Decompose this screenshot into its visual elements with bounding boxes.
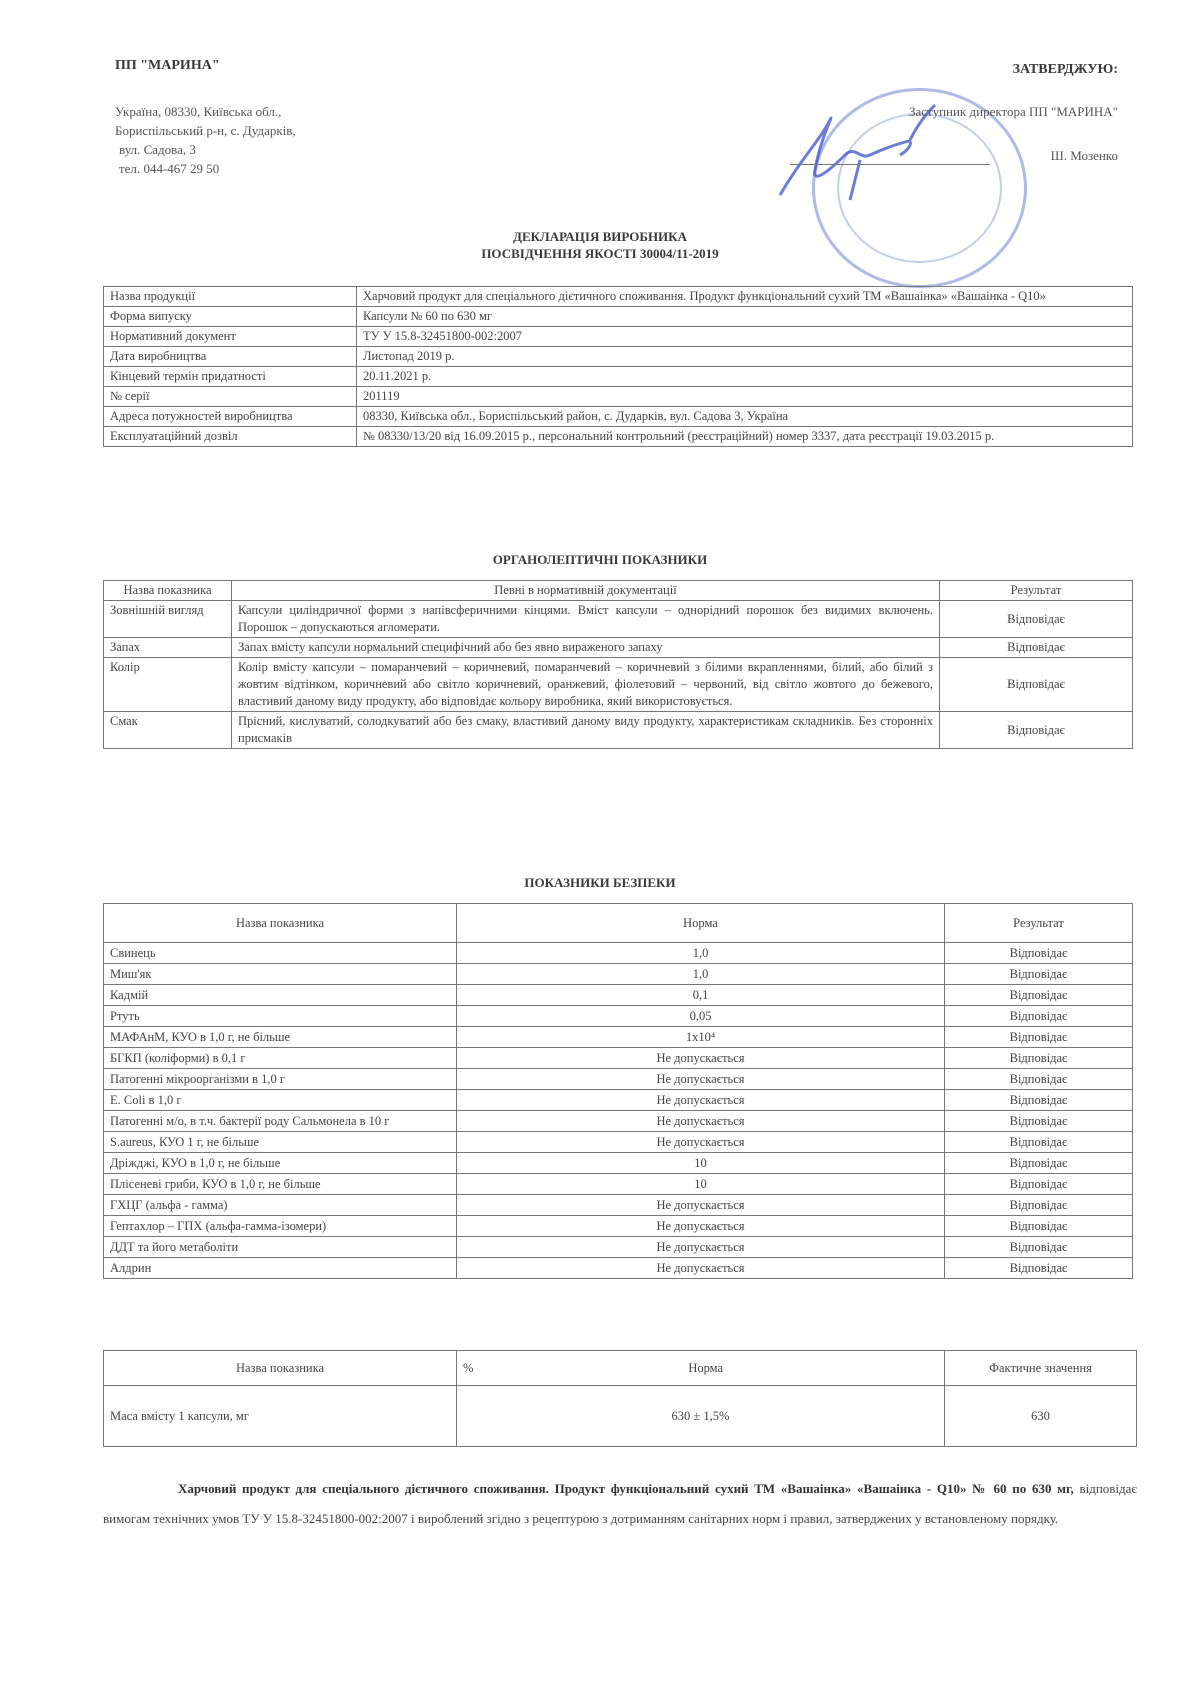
table-row: Кадмій0,1Відповідає [104,985,1133,1006]
company-address: Україна, 08330, Київська обл., Бориспіль… [115,102,296,178]
table-row: БГКП (коліформи) в 0,1 гНе допускаєтьсяВ… [104,1048,1133,1069]
title-line: ПОСВІДЧЕННЯ ЯКОСТІ 30004/11-2019 [0,245,1200,262]
table-row: Зовнішній виглядКапсули циліндричної фор… [104,601,1133,638]
indicator-result: Відповідає [945,1006,1133,1027]
table-row: Дата виробництваЛистопад 2019 р. [104,347,1133,367]
document-title: ДЕКЛАРАЦІЯ ВИРОБНИКА ПОСВІДЧЕННЯ ЯКОСТІ … [0,228,1200,262]
indicator-name: Колір [104,658,232,712]
indicator-name: Алдрин [104,1258,457,1279]
indicator-name: E. Coli в 1,0 г [104,1090,457,1111]
indicator-norm: Не допускається [457,1069,945,1090]
indicator-result: Відповідає [945,1048,1133,1069]
indicator-norm: 0,05 [457,1006,945,1027]
company-name: ПП "МАРИНА" [115,58,220,74]
title-line: ДЕКЛАРАЦІЯ ВИРОБНИКА [0,228,1200,245]
row-label: Назва продукції [104,287,357,307]
indicator-name: Кадмій [104,985,457,1006]
indicator-norm: 1,0 [457,964,945,985]
column-header: Норма [457,904,945,943]
table-row: Ртуть0,05Відповідає [104,1006,1133,1027]
indicator-result: Відповідає [945,1027,1133,1048]
column-header: Фактичне значення [945,1351,1137,1386]
row-value: № 08330/13/20 від 16.09.2015 р., персона… [357,427,1133,447]
row-value: 08330, Київська обл., Бориспільський рай… [357,407,1133,427]
indicator-result: Відповідає [945,985,1133,1006]
approver-name: Ш. Мозенко [1051,148,1118,164]
indicator-result: Відповідає [945,943,1133,964]
table-row: Плісеневі гриби, КУО в 1,0 г, не більше1… [104,1174,1133,1195]
indicator-norm: Не допускається [457,1132,945,1153]
address-line: Україна, 08330, Київська обл., [115,102,296,121]
signature-line [790,164,990,165]
table-row: ГХЦГ (альфа - гамма)Не допускаєтьсяВідпо… [104,1195,1133,1216]
mass-norm: 630 ± 1,5% [457,1386,945,1447]
indicator-norm: Колір вмісту капсули – помаранчевий – ко… [232,658,940,712]
indicator-name: Запах [104,638,232,658]
table-row: АлдринНе допускаєтьсяВідповідає [104,1258,1133,1279]
indicator-norm: Запах вмісту капсули нормальний специфіч… [232,638,940,658]
percent-label: % [463,1360,473,1377]
row-label: Нормативний документ [104,327,357,347]
indicator-name: Патогенні мікроорганізми в 1,0 г [104,1069,457,1090]
indicator-result: Відповідає [945,1195,1133,1216]
table-row: ДДТ та його метаболітиНе допускаєтьсяВід… [104,1237,1133,1258]
row-label: Кінцевий термін придатності [104,367,357,387]
indicator-name: Смак [104,712,232,749]
indicator-norm: Прісний, кислуватий, солодкуватий або бе… [232,712,940,749]
indicator-name: ГХЦГ (альфа - гамма) [104,1195,457,1216]
approve-label: ЗАТВЕРДЖУЮ: [1013,62,1118,78]
row-value: Листопад 2019 р. [357,347,1133,367]
indicator-norm: 10 [457,1174,945,1195]
column-header: Результат [940,581,1133,601]
indicator-result: Відповідає [945,1153,1133,1174]
table-row: Маса вмісту 1 капсули, мг 630 ± 1,5% 630 [104,1386,1137,1447]
table-row: № серії201119 [104,387,1133,407]
indicator-norm: Не допускається [457,1237,945,1258]
table-row: Патогенні м/о, в т.ч. бактерії роду Саль… [104,1111,1133,1132]
indicator-name: Патогенні м/о, в т.ч. бактерії роду Саль… [104,1111,457,1132]
row-value: 201119 [357,387,1133,407]
indicator-norm: 10 [457,1153,945,1174]
indicator-norm: Не допускається [457,1258,945,1279]
indicator-result: Відповідає [945,1090,1133,1111]
table-row: Експлуатаційний дозвіл№ 08330/13/20 від … [104,427,1133,447]
column-header: Певні в нормативній документації [232,581,940,601]
indicator-result: Відповідає [945,1069,1133,1090]
indicator-name: Ртуть [104,1006,457,1027]
indicator-norm: Не допускається [457,1048,945,1069]
approver-title: Заступник директора ПП "МАРИНА" [909,104,1118,120]
mass-table: Назва показника % Норма Фактичне значенн… [103,1350,1137,1447]
indicator-result: Відповідає [945,1216,1133,1237]
indicator-norm: Не допускається [457,1090,945,1111]
indicator-norm: Капсули циліндричної форми з напівсферич… [232,601,940,638]
organoleptic-title: ОРГАНОЛЕПТИЧНІ ПОКАЗНИКИ [0,552,1200,568]
table-row: E. Coli в 1,0 гНе допускаєтьсяВідповідає [104,1090,1133,1111]
row-value: Капсули № 60 по 630 мг [357,307,1133,327]
indicator-name: Плісеневі гриби, КУО в 1,0 г, не більше [104,1174,457,1195]
organoleptic-table: Назва показника Певні в нормативній доку… [103,580,1133,749]
table-row: МАФАнМ, КУО в 1,0 г, не більше1х10⁴Відпо… [104,1027,1133,1048]
column-header: Результат [945,904,1133,943]
row-label: Адреса потужностей виробництва [104,407,357,427]
indicator-result: Відповідає [945,1258,1133,1279]
table-row: Назва продукціїХарчовий продукт для спец… [104,287,1133,307]
indicator-name: Миш'як [104,964,457,985]
indicator-name: МАФАнМ, КУО в 1,0 г, не більше [104,1027,457,1048]
indicator-result: Відповідає [945,1174,1133,1195]
table-row: Свинець1,0Відповідає [104,943,1133,964]
norm-label: Норма [688,1361,723,1375]
indicator-name: S.aureus, КУО 1 г, не більше [104,1132,457,1153]
table-row: КолірКолір вмісту капсули – помаранчевий… [104,658,1133,712]
table-row: Адреса потужностей виробництва08330, Киї… [104,407,1133,427]
table-row: Дріжджі, КУО в 1,0 г, не більше10Відпові… [104,1153,1133,1174]
indicator-name: Дріжджі, КУО в 1,0 г, не більше [104,1153,457,1174]
indicator-norm: Не допускається [457,1195,945,1216]
row-value: ТУ У 15.8-32451800-002:2007 [357,327,1133,347]
indicator-name: Свинець [104,943,457,964]
table-row: Форма випускуКапсули № 60 по 630 мг [104,307,1133,327]
indicator-name: БГКП (коліформи) в 0,1 г [104,1048,457,1069]
row-value: 20.11.2021 р. [357,367,1133,387]
table-row: Патогенні мікроорганізми в 1,0 гНе допус… [104,1069,1133,1090]
table-row: S.aureus, КУО 1 г, не більшеНе допускаєт… [104,1132,1133,1153]
address-line: Бориспільський р-н, с. Дударків, [115,121,296,140]
table-row: Нормативний документТУ У 15.8-32451800-0… [104,327,1133,347]
indicator-result: Відповідає [940,712,1133,749]
mass-name: Маса вмісту 1 капсули, мг [104,1386,457,1447]
column-header: Назва показника [104,581,232,601]
column-header: Назва показника [104,1351,457,1386]
indicator-norm: 1,0 [457,943,945,964]
row-label: Дата виробництва [104,347,357,367]
indicator-result: Відповідає [945,964,1133,985]
indicator-name: Гептахлор – ГПХ (альфа-гамма-ізомери) [104,1216,457,1237]
table-row: Кінцевий термін придатності20.11.2021 р. [104,367,1133,387]
table-row: СмакПрісний, кислуватий, солодкуватий аб… [104,712,1133,749]
indicator-result: Відповідає [945,1111,1133,1132]
row-label: № серії [104,387,357,407]
indicator-norm: Не допускається [457,1216,945,1237]
indicator-result: Відповідає [945,1237,1133,1258]
safety-table: Назва показника Норма Результат Свинець1… [103,903,1133,1279]
table-row: Миш'як1,0Відповідає [104,964,1133,985]
row-label: Форма випуску [104,307,357,327]
indicator-result: Відповідає [940,658,1133,712]
indicator-result: Відповідає [940,638,1133,658]
row-value: Харчовий продукт для спеціального дієтич… [357,287,1133,307]
conclusion-paragraph: Харчовий продукт для спеціального дієтич… [103,1474,1137,1534]
product-info-table: Назва продукціїХарчовий продукт для спец… [103,286,1133,447]
table-row: Гептахлор – ГПХ (альфа-гамма-ізомери)Не … [104,1216,1133,1237]
indicator-name: Зовнішній вигляд [104,601,232,638]
column-header: Назва показника [104,904,457,943]
indicator-norm: Не допускається [457,1111,945,1132]
address-line: вул. Садова, 3 [115,140,296,159]
indicator-norm: 1х10⁴ [457,1027,945,1048]
table-row: ЗапахЗапах вмісту капсули нормальний спе… [104,638,1133,658]
indicator-result: Відповідає [940,601,1133,638]
column-header: % Норма [457,1351,945,1386]
indicator-name: ДДТ та його метаболіти [104,1237,457,1258]
row-label: Експлуатаційний дозвіл [104,427,357,447]
conclusion-bold: Харчовий продукт для спеціального дієтич… [178,1481,1074,1496]
safety-title: ПОКАЗНИКИ БЕЗПЕКИ [0,875,1200,891]
indicator-norm: 0,1 [457,985,945,1006]
mass-actual: 630 [945,1386,1137,1447]
address-line: тел. 044-467 29 50 [115,159,296,178]
indicator-result: Відповідає [945,1132,1133,1153]
